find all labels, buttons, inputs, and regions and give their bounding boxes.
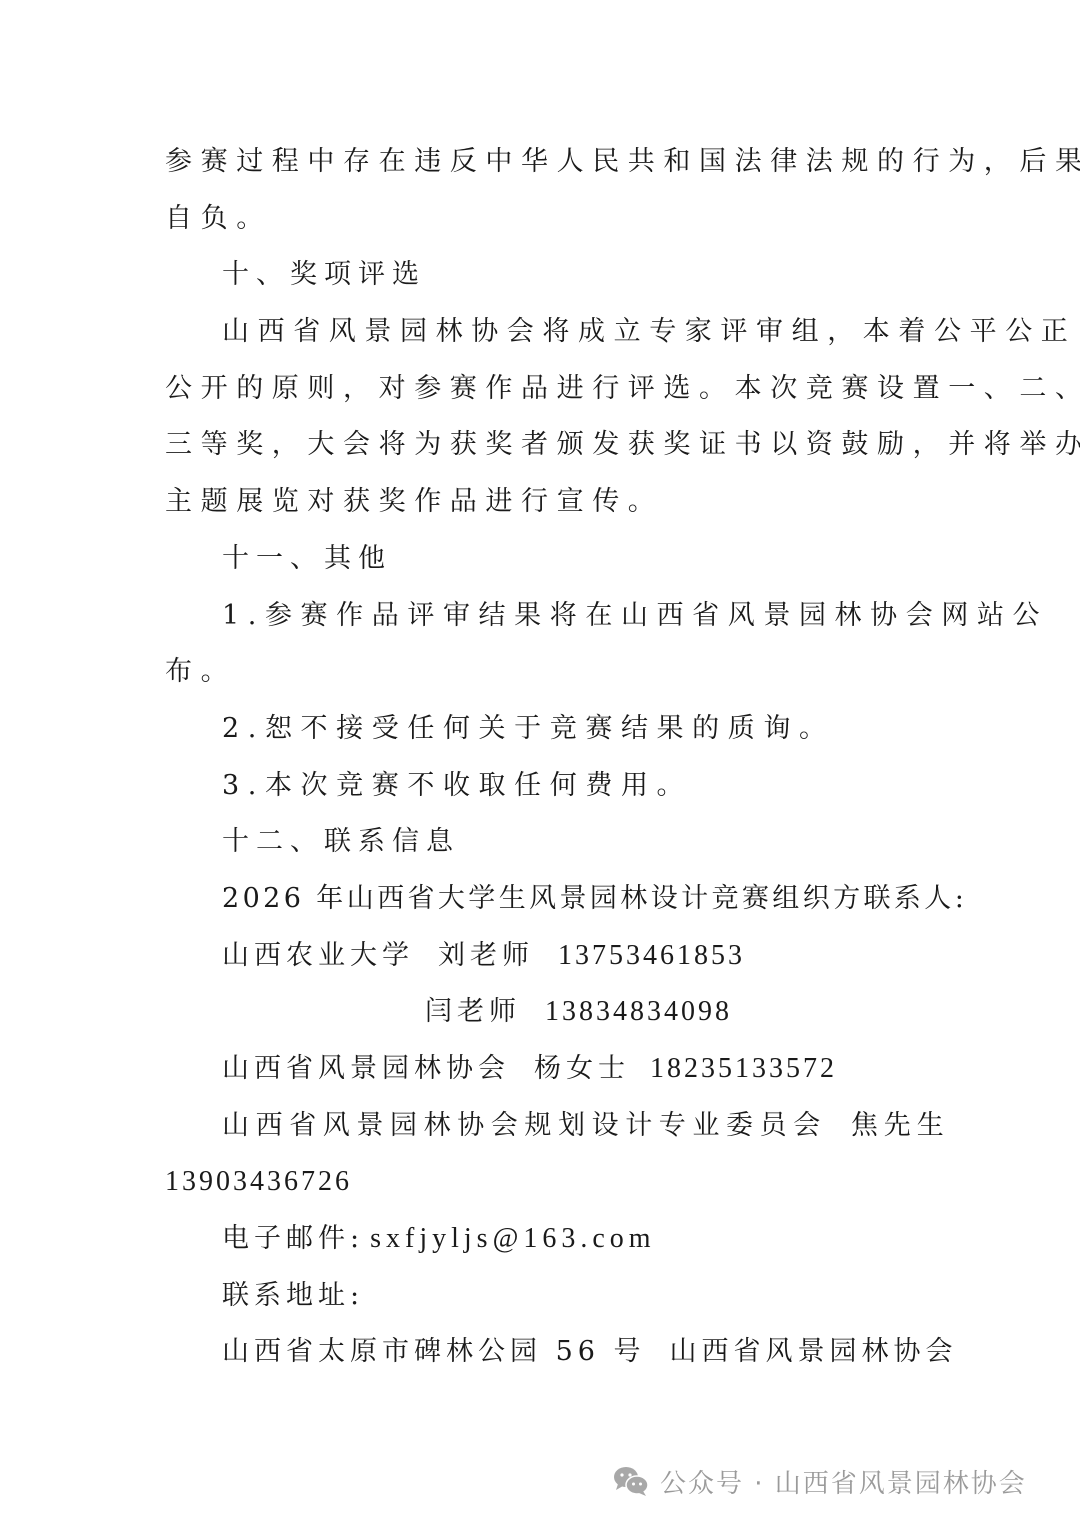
contact-org: 山西省风景园林协会 [222, 1053, 510, 1084]
section-heading-12: 十二、联系信息 [165, 814, 917, 871]
paragraph-line: 参赛过程中存在违反中华人民共和国法律法规的行为，后果 [165, 134, 917, 191]
contact-name: 刘老师 [438, 940, 534, 971]
list-item-1: 1.参赛作品评审结果将在山西省风景园林协会网站公 [165, 588, 917, 645]
contact-phone: 13753461853 [558, 940, 745, 971]
contact-phone-continued: 13903436726 [165, 1154, 917, 1211]
list-item-2: 2.恕不接受任何关于竞赛结果的质询。 [165, 701, 917, 758]
paragraph-line: 三等奖，大会将为获奖者颁发获奖证书以资鼓励，并将举办 [165, 417, 917, 474]
contact-org: 山西农业大学 [222, 940, 414, 971]
contact-phone: 13903436726 [165, 1166, 352, 1197]
paragraph-line: 主题展览对获奖作品进行宣传。 [165, 474, 917, 531]
email-link[interactable]: sxfjyljs@163.com [370, 1223, 655, 1254]
contact-row: 山西省风景园林协会杨女士18235133572 [165, 1041, 917, 1098]
section-heading-10: 十、奖项评选 [165, 247, 917, 304]
paragraph-line: 山西省风景园林协会将成立专家评审组，本着公平公正 [165, 304, 917, 361]
email-label: 电子邮件: [222, 1223, 364, 1254]
contact-row: 山西农业大学刘老师13753461853 [165, 928, 917, 985]
contact-row: 山西省风景园林协会规划设计专业委员会焦先生 [165, 1098, 917, 1155]
contact-org: 山西省风景园林协会规划设计专业委员会 [222, 1110, 827, 1141]
section-heading-11: 十一、其他 [165, 531, 917, 588]
paragraph-line: 自负。 [165, 191, 917, 248]
contact-intro: 2026 年山西省大学生风景园林设计竞赛组织方联系人: [165, 871, 917, 928]
wechat-icon [612, 1464, 650, 1498]
address-row: 山西省太原市碑林公园 56 号山西省风景园林协会 [165, 1324, 917, 1381]
contact-phone: 18235133572 [650, 1053, 837, 1084]
address-text: 山西省太原市碑林公园 56 号 [222, 1336, 646, 1367]
email-row: 电子邮件:sxfjyljs@163.com [165, 1211, 917, 1268]
watermark: 公众号 · 山西省风景园林协会 [612, 1461, 1027, 1501]
list-item-1-continued: 布。 [165, 644, 917, 701]
address-org: 山西省风景园林协会 [670, 1336, 958, 1367]
contact-name: 杨女士 [534, 1053, 630, 1084]
paragraph-line: 公开的原则，对参赛作品进行评选。本次竞赛设置一、二、 [165, 361, 917, 418]
contact-phone: 13834834098 [545, 996, 732, 1027]
list-item-3: 3.本次竞赛不收取任何费用。 [165, 758, 917, 815]
document-page: 参赛过程中存在违反中华人民共和国法律法规的行为，后果 自负。 十、奖项评选 山西… [165, 134, 917, 1381]
contact-name: 闫老师 [425, 996, 521, 1027]
contact-name: 焦先生 [851, 1110, 950, 1141]
address-label: 联系地址: [165, 1268, 917, 1325]
contact-row: 闫老师13834834098 [165, 984, 917, 1041]
watermark-text: 公众号 · 山西省风景园林协会 [660, 1463, 1027, 1500]
